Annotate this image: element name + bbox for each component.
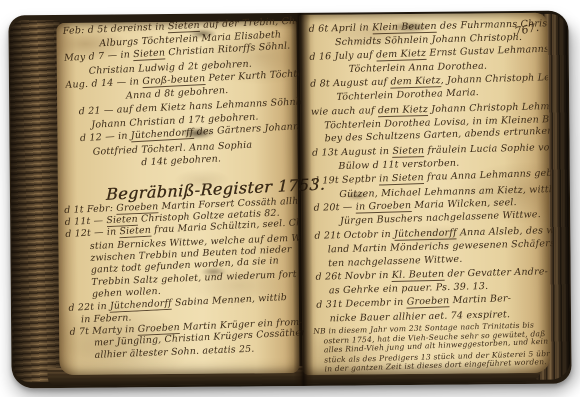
page-edges-left [9,20,62,382]
underlined-place-name: Kl. Beuten [392,269,445,282]
line-text: in Febern. [81,312,132,325]
line-text: d 6t April in [309,22,373,34]
line-text: d 19t Septbr [313,173,380,186]
underlined-place-name: Sieten [119,225,151,239]
burial-entries-right: d 6t April in Klein Beuten des Fuhrmanns… [308,16,554,326]
underlined-place-name: in Sieten [379,172,424,186]
line-text: d 1t Febr: [64,203,116,216]
line-text: Töchterlein Dorothea Maria. [336,87,479,103]
line-text: Johann Christoph Lehmanns [428,100,549,114]
ink-stain [342,190,372,201]
line-text: fräulein Lucia Sophie von ✕ [424,142,550,156]
line-text: May d 7 — in [64,49,134,64]
line-text: ten nachgelassene Wittwe. [328,253,463,269]
underlined-place-name: dem Kietz [378,104,428,117]
line-text: d 12t — in [65,227,120,241]
line-text: d 21t Octobr in [314,229,394,242]
line-text: d 31t Decembr in [316,297,407,311]
underlined-place-name: Jütchendorff [394,227,457,240]
ink-stain [184,28,220,40]
book: Feb: d 5t dereinst in Sieten auf der Tre… [8,11,571,389]
underlined-place-name: Sieten [392,145,424,158]
underlined-place-name: Sieten [133,47,166,61]
line-text: d 12 — in [80,130,131,144]
line-text: Martin Ber- [449,293,511,306]
baptism-entries: Feb: d 5t dereinst in Sieten auf der Tre… [62,14,303,174]
book-gutter [290,13,313,386]
line-text: d 13t August in [312,146,393,159]
line-text: Anna Alsleb, des wey- [457,225,553,239]
line-text: Töchterlein Anna Dorothea. [349,61,488,75]
photo-of-open-register-book: Feb: d 5t dereinst in Sieten auf der Tre… [0,0,580,397]
ink-stain [175,126,219,141]
line-text: d 22t in [68,300,110,313]
line-text: wie auch auf [311,105,378,118]
nb-annotation: NB in diesem Jahr vom 23t Sontage nach T… [313,319,550,375]
burial-entries-left: d 1t Febr: Groeben Martin Forsert Cossät… [64,195,305,363]
line-text: der Gevatter Andre- [444,267,548,280]
ink-stain [384,20,436,34]
underlined-place-name: Groeben [116,201,159,215]
underlined-place-name: Jütchendorff [110,297,172,312]
line-text: d 8t August auf [310,77,391,90]
line-text: frau Anna Lehmanns geb. [424,167,551,182]
line-text: d 16 July auf [309,49,376,62]
line-text: Ernst Gustav Lehmanns— [426,43,548,59]
underlined-place-name: dem Kietz [376,47,427,61]
ink-stain [197,266,231,278]
line-text: d 20t — [313,202,355,214]
underlined-place-name: Groeben [407,295,450,308]
line-text: d 26t Novbr in [315,270,391,283]
